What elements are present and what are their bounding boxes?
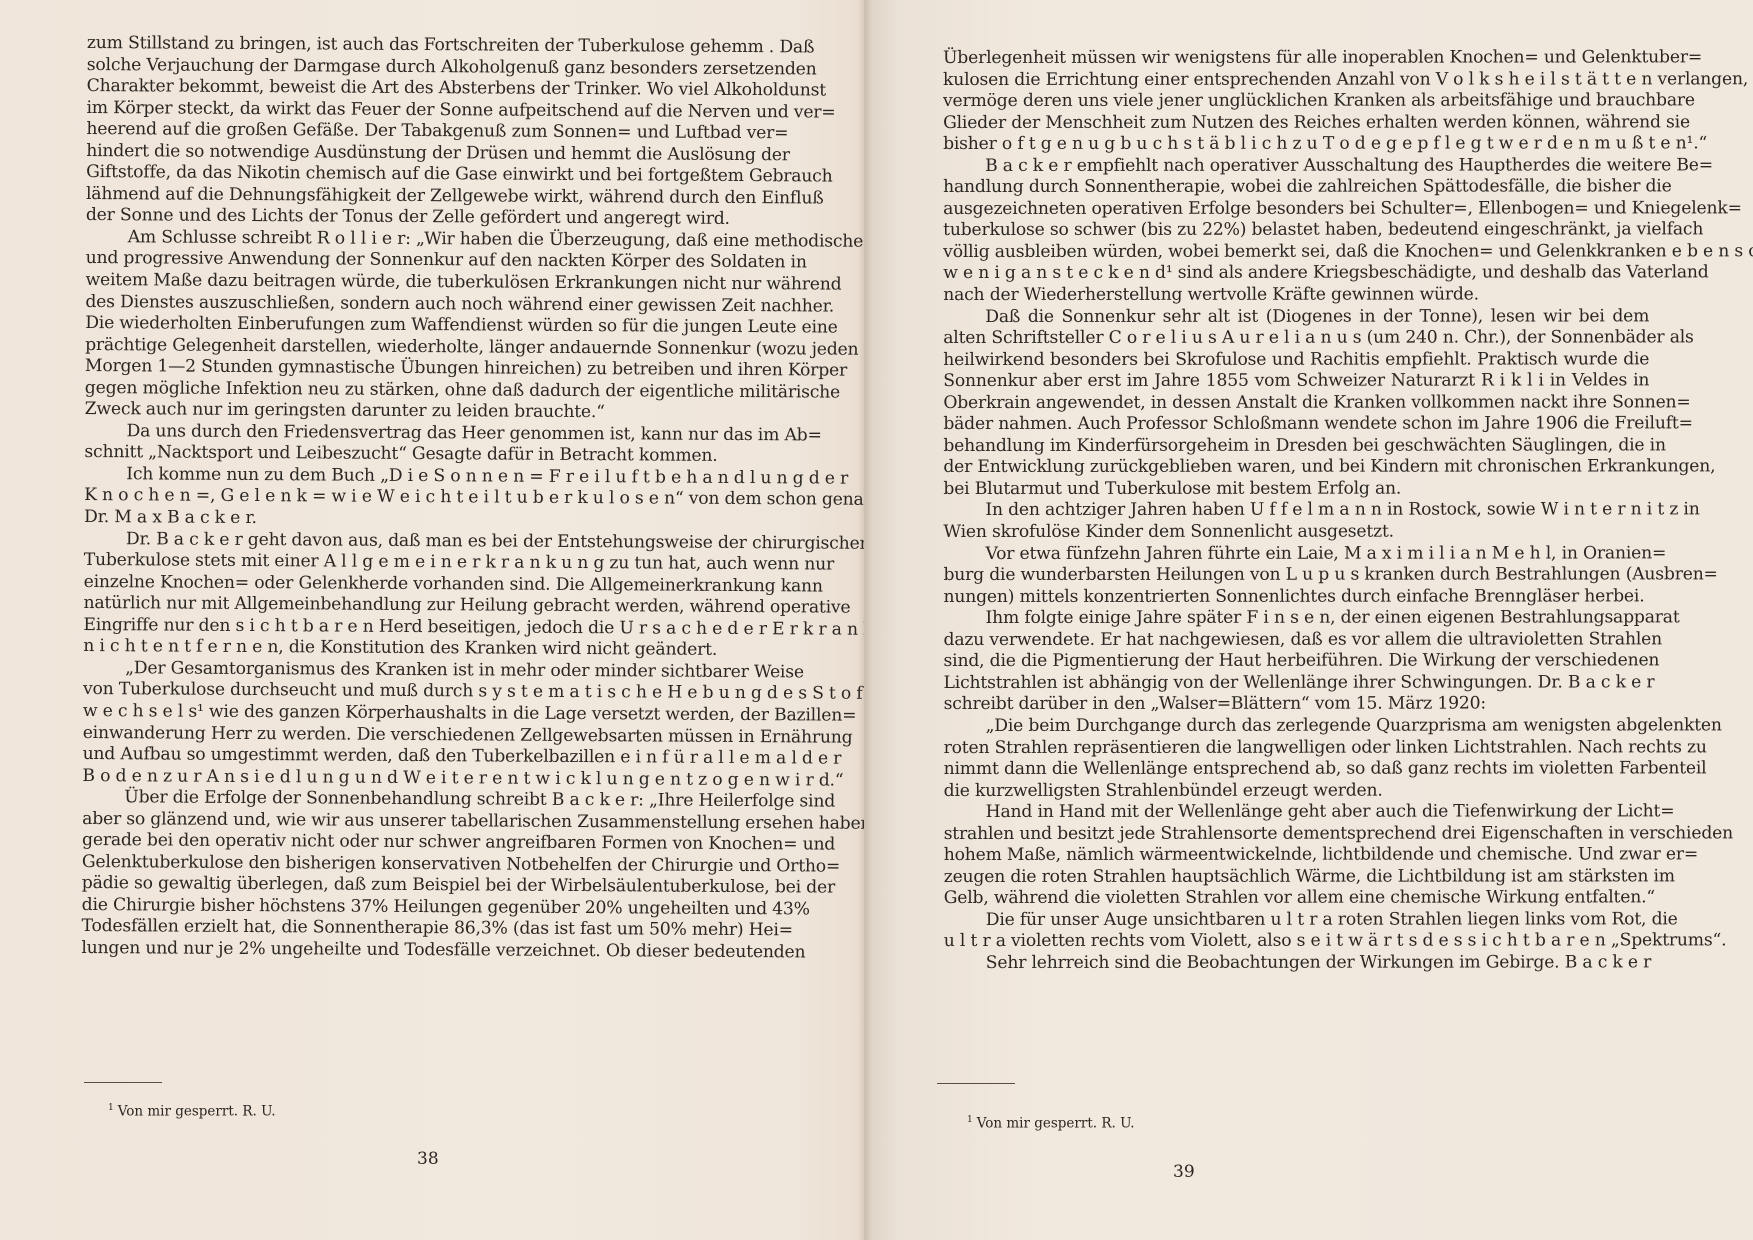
text-line: schreibt darüber in den „Walser=Blättern… (944, 694, 1650, 716)
text-line: nach der Wiederherstellung wertvolle Krä… (943, 284, 1649, 306)
text-line: Sonnenkur aber erst im Jahre 1855 vom Sc… (943, 371, 1649, 393)
text-line: u l t r a violetten rechts vom Violett, … (944, 931, 1650, 953)
text-line: vermöge deren uns viele jener unglücklic… (943, 90, 1649, 112)
text-line: strahlen und besitzt jede Strahlensorte … (944, 823, 1650, 845)
text-line: nungen) mittels konzentrierten Sonnenlic… (943, 586, 1649, 608)
text-line: Die für unser Auge unsichtbaren u l t r … (944, 909, 1650, 931)
text-line: burg die wunderbarsten Heilungen von L u… (943, 565, 1649, 587)
text-line: die kurzwelligsten Strahlenbündel erzeug… (944, 780, 1650, 802)
footnote-divider (84, 1082, 162, 1083)
text-line: Hand in Hand mit der Wellenlänge geht ab… (944, 802, 1650, 824)
text-line: In den achtziger Jahren haben U f f e l … (943, 500, 1649, 522)
text-line: roten Strahlen repräsentieren die langwe… (944, 737, 1650, 759)
text-line: alten Schriftsteller C o r e l i u s A u… (943, 327, 1649, 349)
left-page-footnote: 1Von mir gesperrt. R. U. (108, 1103, 276, 1120)
footnote-marker: 1 (108, 1103, 114, 1113)
text-line: B a c k e r empfiehlt nach operativer Au… (943, 155, 1649, 177)
footnote-divider (937, 1083, 1015, 1084)
text-line: Glieder der Menschheit zum Nutzen des Re… (943, 112, 1649, 134)
text-line: bisher o f t g e n u g b u c h s t ä b l… (943, 134, 1649, 156)
footnote-text: Von mir gesperrt. R. U. (118, 1104, 276, 1120)
text-line: der Entwicklung zurückgeblieben waren, u… (943, 457, 1649, 479)
book-spread: zum Stillstand zu bringen, ist auch das … (0, 0, 1753, 1240)
text-line: zeugen die roten Strahlen hauptsächlich … (944, 866, 1650, 888)
text-line: Vor etwa fünfzehn Jahren führte ein Laie… (943, 543, 1649, 565)
text-line: bäder nahmen. Auch Professor Schloßmann … (943, 414, 1649, 436)
text-line: Daß die Sonnenkur sehr alt ist (Diogenes… (943, 306, 1649, 328)
right-page-footnote: 1Von mir gesperrt. R. U. (967, 1115, 1135, 1132)
text-line: dazu verwendete. Er hat nachgewiesen, da… (944, 629, 1650, 651)
text-line: nimmt dann die Wellenlänge entsprechend … (944, 758, 1650, 780)
text-line: völlig ausbleiben würden, wobei bemerkt … (943, 241, 1649, 263)
text-line: bei Blutarmut und Tuberkulose mit bestem… (943, 478, 1649, 500)
text-line: Ihm folgte einige Jahre später F i n s e… (943, 608, 1649, 630)
right-page: Überlegenheit müssen wir wenigstens für … (864, 0, 1753, 1240)
text-line: Überlegenheit müssen wir wenigstens für … (943, 47, 1649, 69)
text-line: hohem Maße, nämlich wärmeentwickelnde, l… (944, 845, 1650, 867)
text-line: tuberkulose so schwer (bis zu 22%) belas… (943, 220, 1649, 242)
text-line: Oberkrain angewendet, in dessen Anstalt … (943, 392, 1649, 414)
text-line: w e n i g a n s t e c k e n d¹ sind als … (943, 263, 1649, 285)
right-page-body-text: Überlegenheit müssen wir wenigstens für … (943, 47, 1650, 974)
footnote-text: Von mir gesperrt. R. U. (977, 1116, 1135, 1132)
left-page: zum Stillstand zu bringen, ist auch das … (0, 0, 864, 1240)
footnote-marker: 1 (967, 1115, 973, 1125)
text-line: „Die beim Durchgange durch das zerlegend… (944, 715, 1650, 737)
text-line: behandlung im Kinderfürsorgeheim in Dres… (943, 435, 1649, 457)
text-line: heilwirkend besonders bei Skrofulose und… (943, 349, 1649, 371)
right-page-number: 39 (1173, 1162, 1195, 1182)
text-line: lungen und nur je 2% ungeheilte und Tode… (81, 938, 783, 964)
text-line: handlung durch Sonnentherapie, wobei die… (943, 177, 1649, 199)
left-page-body-text: zum Stillstand zu bringen, ist auch das … (81, 33, 789, 964)
text-line: Sehr lehrreich sind die Beobachtungen de… (944, 952, 1650, 974)
text-line: ausgezeichneten operativen Erfolge beson… (943, 198, 1649, 220)
text-line: Wien skrofulöse Kinder dem Sonnenlicht a… (943, 521, 1649, 543)
text-line: Gelb, während die violetten Strahlen vor… (944, 888, 1650, 910)
text-line: Lichtstrahlen ist abhängig von der Welle… (944, 672, 1650, 694)
left-page-number: 38 (417, 1149, 439, 1169)
text-line: kulosen die Errichtung einer entsprechen… (943, 69, 1649, 91)
text-line: sind, die die Pigmentierung der Haut her… (944, 651, 1650, 673)
